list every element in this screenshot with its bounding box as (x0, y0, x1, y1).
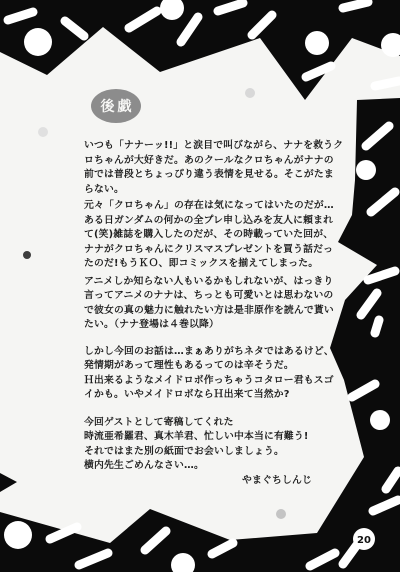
text-line: 横内先生ごめんなさい…。 (84, 459, 340, 474)
text-line: たのだ!もうＫＯ、即コミックスを揃えてしまった。 (84, 257, 340, 272)
text-line: それではまた別の紙面でお会いしましょう。 (84, 445, 340, 460)
text-line: で彼女の真の魅力に触れたい方は是非原作を読んで貰い (84, 304, 340, 319)
confetti-dot (370, 410, 390, 430)
text-line: しかし今回のお話は…まぁありがちネタではあるけど、 (84, 345, 340, 360)
afterword-title-label: 後戯 (98, 96, 135, 116)
text-line: ある日ガンダムの何かの全プレ申し込みを友人に頼まれ (84, 214, 340, 229)
paragraph-2: 元々「クロちゃん」の存在は気になってはいたのだが… ある日ガンダムの何かの全プレ… (84, 199, 340, 272)
confetti-dot (305, 31, 329, 55)
confetti-dash (343, 2, 368, 8)
paragraph-3: アニメしか知らない人もいるかもしれないが、はっきり 言ってアニメのナナは、ちっと… (84, 275, 340, 333)
afterword-title-badge: 後戯 (91, 89, 141, 123)
text-line: て(笑)雑誌を購入したのだが、その時載っていた回が、 (84, 228, 340, 243)
author-signature: やまぐちしんじ (84, 474, 340, 489)
paragraph-5: 今回ゲストとして寄稿してくれた 時流亜希羅君、真木羊君、忙しい中本当に有難う! … (84, 416, 340, 474)
page-number: 20 (357, 535, 371, 546)
confetti-dot (356, 160, 376, 180)
text-line: たい。（ナナ登場は４巻以降） (84, 318, 340, 333)
confetti-dot (24, 28, 52, 56)
text-line: らない。 (84, 183, 340, 198)
text-line: ナナがクロちゃんにクリスマスプレゼントを買う話だっ (84, 243, 340, 258)
confetti-dot (4, 521, 32, 549)
paragraph-1: いつも「ナナーッ!!」と涙目で叫びながら、ナナを救うク ロちゃんが大好きだ。あの… (84, 139, 340, 197)
afterword-text: いつも「ナナーッ!!」と涙目で叫びながら、ナナを救うク ロちゃんが大好きだ。あの… (84, 139, 340, 488)
speck (245, 88, 255, 98)
confetti-dash (375, 81, 399, 86)
text-line: ロちゃんが大好きだ。あのクールなクロちゃんがナナの (84, 154, 340, 169)
text-line: 今回ゲストとして寄稿してくれた (84, 416, 340, 431)
text-line: いつも「ナナーッ!!」と涙目で叫びながら、ナナを救うク (84, 139, 340, 154)
speck (38, 127, 48, 137)
text-line: Ｈ出来るようなメイドロボ作っちゃうコタロー君もスゴ (84, 374, 340, 389)
confetti-dash (375, 320, 379, 333)
text-line: 元々「クロちゃん」の存在は気になってはいたのだが… (84, 199, 340, 214)
text-line: 前では普段とちょっぴり違う表情を見せる。そこがたま (84, 168, 340, 183)
doujinshi-afterword-page: 20 後戯 いつも「ナナーッ!!」と涙目で叫びながら、ナナを救うク ロちゃんが大… (0, 0, 400, 572)
text-line: イかも。いやメイドロボならＨ出来て当然か? (84, 388, 340, 403)
text-line: 時流亜希羅君、真木羊君、忙しい中本当に有難う! (84, 430, 340, 445)
text-line: 発情期があって理性もあるってのは辛そうだ。 (84, 359, 340, 374)
speck (276, 509, 286, 519)
speck (23, 251, 31, 259)
text-line: アニメしか知らない人もいるかもしれないが、はっきり (84, 275, 340, 290)
paragraph-4: しかし今回のお話は…まぁありがちネタではあるけど、 発情期があって理性もあるって… (84, 345, 340, 403)
text-line: 言ってアニメのナナは、ちっとも可愛いとは思わないの (84, 289, 340, 304)
